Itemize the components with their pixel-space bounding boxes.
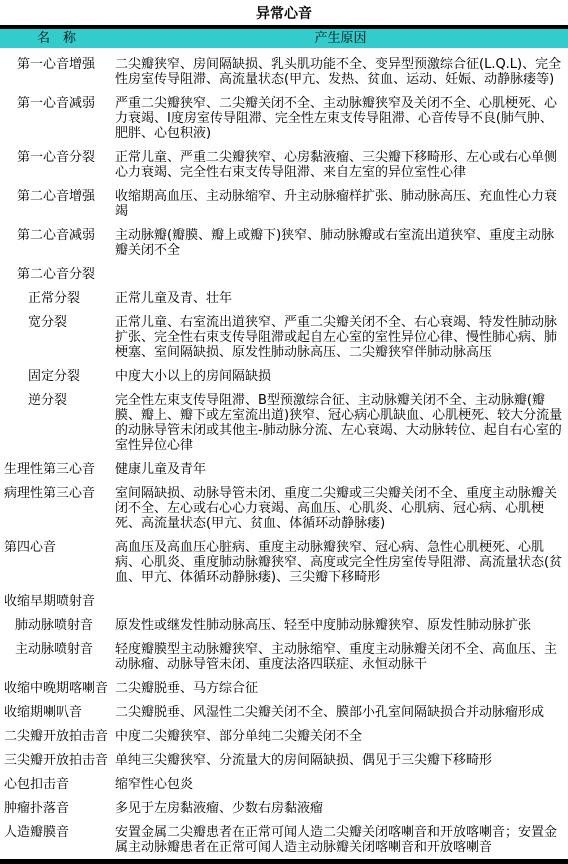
- table-row: 病理性第三心音 室间隔缺损、动脉导管未闭、重度二尖瓣或三尖瓣关闭不全、重度主动脉…: [0, 486, 568, 531]
- bottom-divider-bar: [0, 859, 568, 864]
- row-name-cell: 病理性第三心音: [0, 486, 113, 531]
- row-name-cell: 固定分裂: [0, 369, 113, 384]
- table-row: 第二心音增强 收缩期高血压、主动脉缩窄、升主动脉瘤样扩张、肺动脉高压、充血性心力…: [0, 189, 568, 219]
- row-cause-cell: 健康儿童及青年: [113, 462, 568, 477]
- row-cause-cell: 多见于左房黏液瘤、少数右房黏液瘤: [113, 801, 568, 816]
- row-name-cell: 第二心音减弱: [0, 228, 113, 258]
- column-header-name: 名 称: [0, 31, 113, 46]
- row-cause-cell: 正常儿童、右室流出道狭窄、严重二尖瓣关闭不全、右心衰竭、特发性肺动脉扩张、完全性…: [113, 315, 568, 360]
- table-row: 生理性第三心音 健康儿童及青年: [0, 462, 568, 477]
- row-cause-cell: 单纯三尖瓣狭窄、分流量大的房间隔缺损、偶见于三尖瓣下移畸形: [113, 753, 568, 768]
- row-name-cell: 第二心音分裂: [0, 267, 113, 282]
- row-name-cell: 第二心音增强: [0, 189, 113, 219]
- table-row: 正常分裂 正常儿童及青、壮年: [0, 291, 568, 306]
- table-row: 逆分裂 完全性左束支传导阻滞、B型预激综合征、主动脉瓣关闭不全、主动脉瓣(瓣膜、…: [0, 393, 568, 453]
- row-name-cell: 二尖瓣开放拍击音: [0, 729, 113, 744]
- row-name-cell: 人造瓣膜音: [0, 825, 113, 855]
- row-cause-cell: 二尖瓣脱垂、风湿性二尖瓣关闭不全、膜部小孔室间隔缺损合并动脉瘤形成: [113, 705, 568, 720]
- row-name-cell: 第四心音: [0, 540, 113, 585]
- row-name-cell: 第一心音减弱: [0, 96, 113, 141]
- row-name-cell: 三尖瓣开放拍击音: [0, 753, 113, 768]
- row-cause-cell: [113, 267, 568, 282]
- row-name-cell: 肺动脉喷射音: [0, 618, 113, 633]
- table-row: 收缩早期喷射音: [0, 594, 568, 609]
- table-row: 第二心音减弱 主动脉瓣(瓣膜、瓣上或瓣下)狭窄、肺动脉瓣或右室流出道狭窄、重度主…: [0, 228, 568, 258]
- table-row: 第一心音增强 二尖瓣狭窄、房间隔缺损、乳头肌功能不全、变异型预激综合征(L.Q.…: [0, 57, 568, 87]
- row-name-cell: 肿瘤扑落音: [0, 801, 113, 816]
- table-row: 三尖瓣开放拍击音 单纯三尖瓣狭窄、分流量大的房间隔缺损、偶见于三尖瓣下移畸形: [0, 753, 568, 768]
- row-cause-cell: 原发性或继发性肺动脉高压、轻至中度肺动脉瓣狭窄、原发性肺动脉扩张: [113, 618, 568, 633]
- table-row: 二尖瓣开放拍击音 中度二尖瓣狭窄、部分单纯二尖瓣关闭不全: [0, 729, 568, 744]
- row-cause-cell: [113, 594, 568, 609]
- row-name-cell: 逆分裂: [0, 393, 113, 453]
- table-row: 人造瓣膜音 安置金属二尖瓣患者在正常可闻人造二尖瓣关闭喀喇音和开放喀喇音；安置金…: [0, 825, 568, 855]
- row-name-cell: 主动脉喷射音: [0, 642, 113, 672]
- row-cause-cell: 主动脉瓣(瓣膜、瓣上或瓣下)狭窄、肺动脉瓣或右室流出道狭窄、重度主动脉瓣关闭不全: [113, 228, 568, 258]
- row-cause-cell: 正常儿童、严重二尖瓣狭窄、心房黏液瘤、三尖瓣下移畸形、左心或右心单侧心力衰竭、完…: [113, 150, 568, 180]
- row-name-cell: 收缩早期喷射音: [0, 594, 113, 609]
- column-header-cause: 产生原因: [113, 31, 568, 46]
- table-row: 肿瘤扑落音 多见于左房黏液瘤、少数右房黏液瘤: [0, 801, 568, 816]
- table-row: 固定分裂 中度大小以上的房间隔缺损: [0, 369, 568, 384]
- row-cause-cell: 轻度瓣膜型主动脉瓣狭窄、主动脉缩窄、重度主动脉瓣关闭不全、高血压、主动脉瘤、动脉…: [113, 642, 568, 672]
- row-name-cell: 心包扣击音: [0, 777, 113, 792]
- table-row: 第一心音减弱 严重二尖瓣狭窄、二尖瓣关闭不全、主动脉瓣狭窄及关闭不全、心肌梗死、…: [0, 96, 568, 141]
- table-row: 肺动脉喷射音 原发性或继发性肺动脉高压、轻至中度肺动脉瓣狭窄、原发性肺动脉扩张: [0, 618, 568, 633]
- row-name-cell: 收缩期喇叭音: [0, 705, 113, 720]
- row-cause-cell: 二尖瓣狭窄、房间隔缺损、乳头肌功能不全、变异型预激综合征(L.Q.L)、完全性房…: [113, 57, 568, 87]
- page-title: 异常心音: [0, 0, 568, 22]
- row-name-cell: 第一心音分裂: [0, 150, 113, 180]
- table-header-row: 名 称 产生原因: [0, 29, 568, 48]
- abnormal-heart-sounds-page: 异常心音 名 称 产生原因 第一心音增强 二尖瓣狭窄、房间隔缺损、乳头肌功能不全…: [0, 0, 568, 864]
- row-name-cell: 正常分裂: [0, 291, 113, 306]
- table-row: 主动脉喷射音 轻度瓣膜型主动脉瓣狭窄、主动脉缩窄、重度主动脉瓣关闭不全、高血压、…: [0, 642, 568, 672]
- row-name-cell: 收缩中晚期喀喇音: [0, 681, 113, 696]
- table-row: 收缩中晚期喀喇音 二尖瓣脱垂、马方综合征: [0, 681, 568, 696]
- row-name-cell: 宽分裂: [0, 315, 113, 360]
- table-body: 第一心音增强 二尖瓣狭窄、房间隔缺损、乳头肌功能不全、变异型预激综合征(L.Q.…: [0, 57, 568, 855]
- row-cause-cell: 高血压及高血压心脏病、重度主动脉瓣狭窄、冠心病、急性心肌梗死、心肌病、心肌炎、重…: [113, 540, 568, 585]
- row-cause-cell: 收缩期高血压、主动脉缩窄、升主动脉瘤样扩张、肺动脉高压、充血性心力衰竭: [113, 189, 568, 219]
- table-row: 第四心音 高血压及高血压心脏病、重度主动脉瓣狭窄、冠心病、急性心肌梗死、心肌病、…: [0, 540, 568, 585]
- row-cause-cell: 中度大小以上的房间隔缺损: [113, 369, 568, 384]
- row-cause-cell: 安置金属二尖瓣患者在正常可闻人造二尖瓣关闭喀喇音和开放喀喇音；安置金属主动脉瓣患…: [113, 825, 568, 855]
- row-cause-cell: 室间隔缺损、动脉导管未闭、重度二尖瓣或三尖瓣关闭不全、重度主动脉瓣关闭不全、左心…: [113, 486, 568, 531]
- row-cause-cell: 中度二尖瓣狭窄、部分单纯二尖瓣关闭不全: [113, 729, 568, 744]
- table-row: 宽分裂 正常儿童、右室流出道狭窄、严重二尖瓣关闭不全、右心衰竭、特发性肺动脉扩张…: [0, 315, 568, 360]
- table-row: 第一心音分裂 正常儿童、严重二尖瓣狭窄、心房黏液瘤、三尖瓣下移畸形、左心或右心单…: [0, 150, 568, 180]
- table-row: 第二心音分裂: [0, 267, 568, 282]
- row-name-cell: 生理性第三心音: [0, 462, 113, 477]
- row-cause-cell: 严重二尖瓣狭窄、二尖瓣关闭不全、主动脉瓣狭窄及关闭不全、心肌梗死、心力衰竭、Ⅰ度…: [113, 96, 568, 141]
- row-cause-cell: 缩窄性心包炎: [113, 777, 568, 792]
- table-row: 心包扣击音 缩窄性心包炎: [0, 777, 568, 792]
- table-row: 收缩期喇叭音 二尖瓣脱垂、风湿性二尖瓣关闭不全、膜部小孔室间隔缺损合并动脉瘤形成: [0, 705, 568, 720]
- row-name-cell: 第一心音增强: [0, 57, 113, 87]
- row-cause-cell: 正常儿童及青、壮年: [113, 291, 568, 306]
- row-cause-cell: 完全性左束支传导阻滞、B型预激综合征、主动脉瓣关闭不全、主动脉瓣(瓣膜、瓣上、瓣…: [113, 393, 568, 453]
- row-cause-cell: 二尖瓣脱垂、马方综合征: [113, 681, 568, 696]
